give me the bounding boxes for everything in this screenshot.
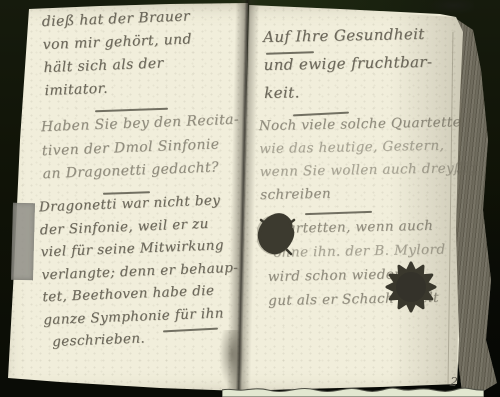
under-page-edge: [222, 382, 484, 397]
page-number: 2: [449, 375, 459, 390]
ink-blot-large: [385, 261, 437, 313]
tape-fragment: [11, 203, 35, 281]
top-right-corner-smudge: [428, 0, 474, 14]
gutter-smudge: [219, 330, 245, 390]
ink-blot-small: [257, 213, 297, 257]
notebook-photo: dieß hat der Brauer von mir gehört, und …: [0, 0, 500, 397]
